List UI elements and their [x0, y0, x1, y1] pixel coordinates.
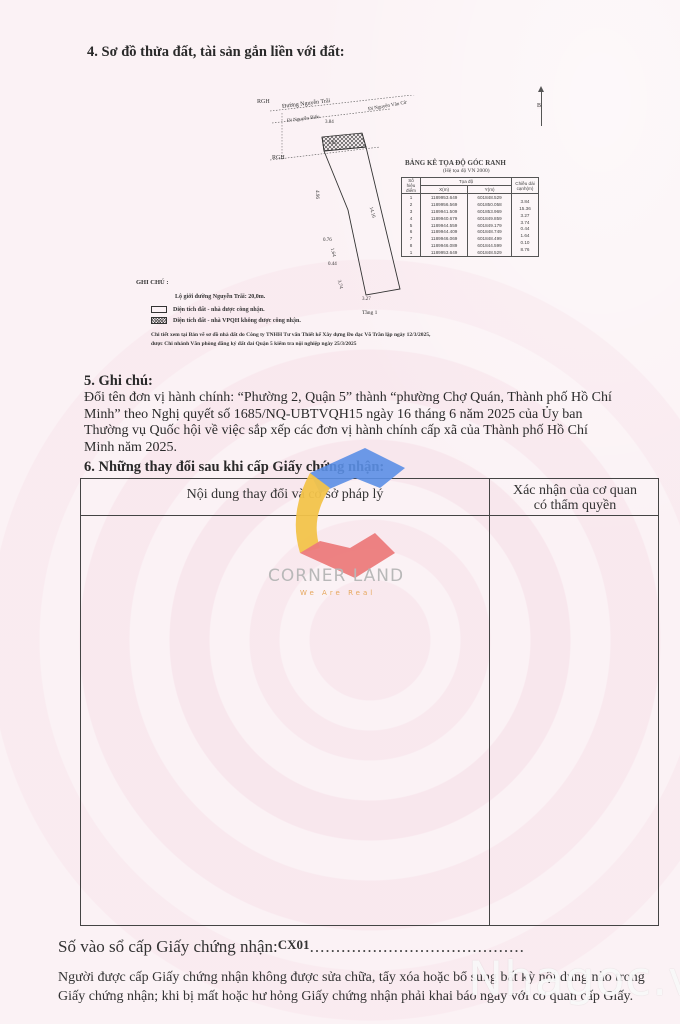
coord-cell-edge: 0.10: [512, 239, 539, 246]
coord-table-subtitle: (Hệ tọa độ VN 2000): [443, 168, 490, 174]
legend-recognized: Diện tích đất - nhà được công nhận.: [151, 306, 265, 313]
section5-line: Thường vụ Quốc hội về việc sắp xếp các đ…: [84, 423, 612, 440]
coord-cell-x: 1189946.089: [421, 242, 468, 249]
header-point: Số hiệu điểm: [402, 178, 421, 194]
dimension-left: 4.96: [314, 190, 319, 199]
coord-cell-x: 1189953.649: [421, 194, 468, 201]
coord-cell-x: 1189944.559: [421, 222, 468, 229]
coord-cell-x: 1189940.679: [421, 215, 468, 222]
coord-cell-y: 601853.969: [468, 208, 512, 215]
dimension-top: 3.84: [325, 120, 334, 125]
coord-cell-x: 1189941.509: [421, 208, 468, 215]
legend-hatched-swatch: [151, 317, 167, 324]
header-x: X(m): [421, 186, 468, 194]
rgh-bottom-label: RGH: [272, 155, 285, 161]
nhagoc-watermark: Nhagoc.vn: [468, 952, 680, 1007]
authority-confirmation-cell[interactable]: [490, 516, 658, 925]
coord-cell-edge: 3.84: [512, 198, 539, 205]
book-number-value: CX01: [278, 937, 310, 952]
book-number-label: Số vào sổ cấp Giấy chứng nhận:: [58, 937, 278, 956]
coord-cell-x: 1189953.649: [421, 249, 468, 256]
coordinate-table: Số hiệu điểm Tọa độ Chiều dài cạnh(m) X(…: [401, 177, 539, 257]
coord-cell-y: 601849.859: [468, 215, 512, 222]
legend-recognized-swatch: [151, 306, 167, 313]
brand-name: CORNER LAND: [268, 566, 404, 586]
coord-cell-y: 601848.749: [468, 228, 512, 235]
authority-header-line1: Xác nhận của cơ quan: [490, 483, 660, 498]
coord-table-title: BẢNG KÊ TỌA ĐỘ GÓC RANH: [405, 159, 506, 167]
coord-cell-x: 1189944.409: [421, 228, 468, 235]
coord-cell-edge: 3.27: [512, 212, 539, 219]
legend-not-recognized: Diện tích đất - nhà VPQH không được công…: [151, 317, 301, 324]
coord-cell-y: 601848.499: [468, 235, 512, 242]
coord-cell-y: 601848.529: [468, 194, 512, 201]
dimension-c: 0.44: [328, 262, 337, 267]
section5-title: 5. Ghi chú:: [84, 373, 153, 390]
rgh-top-label: RGH: [257, 99, 270, 105]
detail-note-line2: được Chi nhánh Văn phòng đăng ký đất đai…: [151, 341, 357, 347]
coord-cell-point: 4: [402, 215, 421, 222]
coord-cell-point: 3: [402, 208, 421, 215]
north-label: B: [537, 103, 541, 109]
coord-cell-y: 601849.179: [468, 222, 512, 229]
dimension-bottom: 3.27: [362, 297, 371, 302]
coord-cell-edge: [512, 191, 539, 198]
header-y: Y(m): [468, 186, 512, 194]
floor-label: Tầng 1: [362, 310, 377, 316]
dimension-a: 0.76: [323, 238, 332, 243]
legend-recognized-text: Diện tích đất - nhà được công nhận.: [173, 307, 265, 313]
north-arrow-head-icon: [538, 86, 544, 92]
notes-heading: GHI CHÚ :: [136, 279, 169, 286]
coord-cell-x: 1189956.569: [421, 201, 468, 208]
north-arrow-icon: [541, 88, 542, 126]
coord-cell-point: 6: [402, 228, 421, 235]
coord-cell-edge: 1.64: [512, 232, 539, 239]
coord-cell-point: 5: [402, 222, 421, 229]
coord-cell-point: 1: [402, 194, 421, 201]
coord-cell-y: 601848.529: [468, 249, 512, 256]
section5-line: Minh” theo Nghị quyết số 1685/NQ-UBTVQH1…: [84, 407, 612, 424]
coord-cell-edge: 0.44: [512, 225, 539, 232]
detail-note-line1: Chi tiết xem tại Bản vẽ sơ đồ nhà đất do…: [151, 332, 430, 338]
road-limit-note: Lộ giới đường Nguyễn Trãi: 20,0m.: [175, 294, 265, 300]
coord-cell-y: 601844.599: [468, 242, 512, 249]
authority-header-line2: có thẩm quyền: [490, 498, 660, 513]
coord-cell-y: 601850.058: [468, 201, 512, 208]
coord-cell-point: 1: [402, 249, 421, 256]
section4-title: 4. Sơ đồ thửa đất, tài sản gắn liền với …: [87, 44, 345, 61]
coordinate-row: 11189953.649601848.5298.76: [402, 249, 539, 256]
coord-cell-edge: 15.36: [512, 205, 539, 212]
corner-land-logo-icon: [270, 443, 440, 613]
brand-tagline: We Are Real: [300, 589, 375, 597]
coord-cell-edge: 8.76: [512, 246, 539, 253]
certificate-book-number: Số vào sổ cấp Giấy chứng nhận:CX01......…: [58, 937, 525, 957]
coord-cell-point: 8: [402, 242, 421, 249]
coord-cell-edge: 3.74: [512, 219, 539, 226]
section5-line: Đổi tên đơn vị hành chính: “Phường 2, Qu…: [84, 390, 612, 407]
coord-cell-point: 2: [402, 201, 421, 208]
legend-not-recognized-text: Diện tích đất - nhà VPQH không được công…: [173, 318, 301, 324]
authority-confirmation-header: Xác nhận của cơ quan có thẩm quyền: [490, 483, 660, 513]
header-coords: Tọa độ: [421, 178, 512, 186]
coord-cell-point: 7: [402, 235, 421, 242]
dimension-front: 3.82: [328, 141, 337, 146]
coord-cell-x: 1189946.069: [421, 235, 468, 242]
